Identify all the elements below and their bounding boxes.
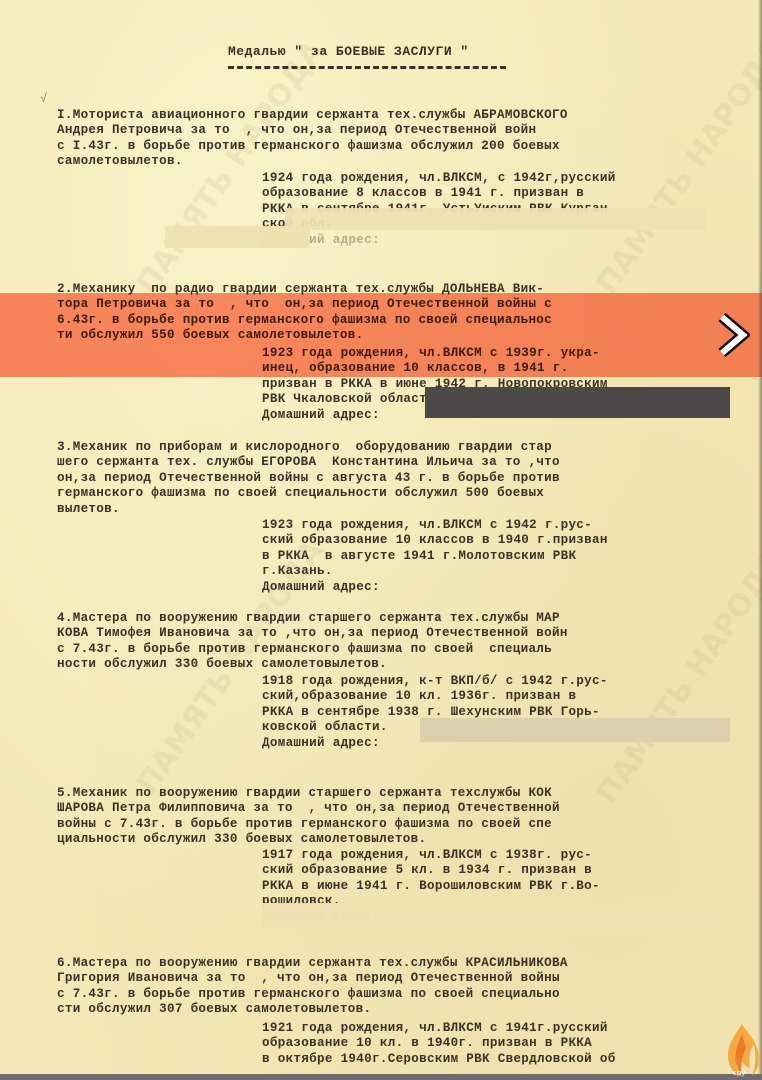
highlight-band	[0, 293, 762, 377]
title-underline	[228, 66, 506, 69]
next-page-button[interactable]	[716, 312, 750, 358]
redacted-address-4	[420, 718, 730, 742]
bottom-strip	[0, 1074, 762, 1080]
check-mark-icon: √	[40, 92, 47, 106]
redacted-address-1b	[165, 226, 310, 248]
document-title: Медалью " за БОЕВЫЕ ЗАСЛУГИ "	[228, 44, 469, 59]
redacted-address-5	[262, 903, 732, 929]
entry-4-bio: 1918 года рождения, к-т ВКП/б/ с 1942 г.…	[262, 658, 722, 767]
logo-label: сру	[733, 1069, 745, 1077]
page-edge-shadow	[758, 0, 762, 1080]
entry-6-bio: 1921 года рождения, чл.ВЛКСМ с 1941г.рус…	[262, 1005, 722, 1080]
chevron-right-icon	[716, 312, 750, 358]
redacted-address-2	[425, 387, 730, 418]
redacted-address-1	[285, 208, 705, 230]
